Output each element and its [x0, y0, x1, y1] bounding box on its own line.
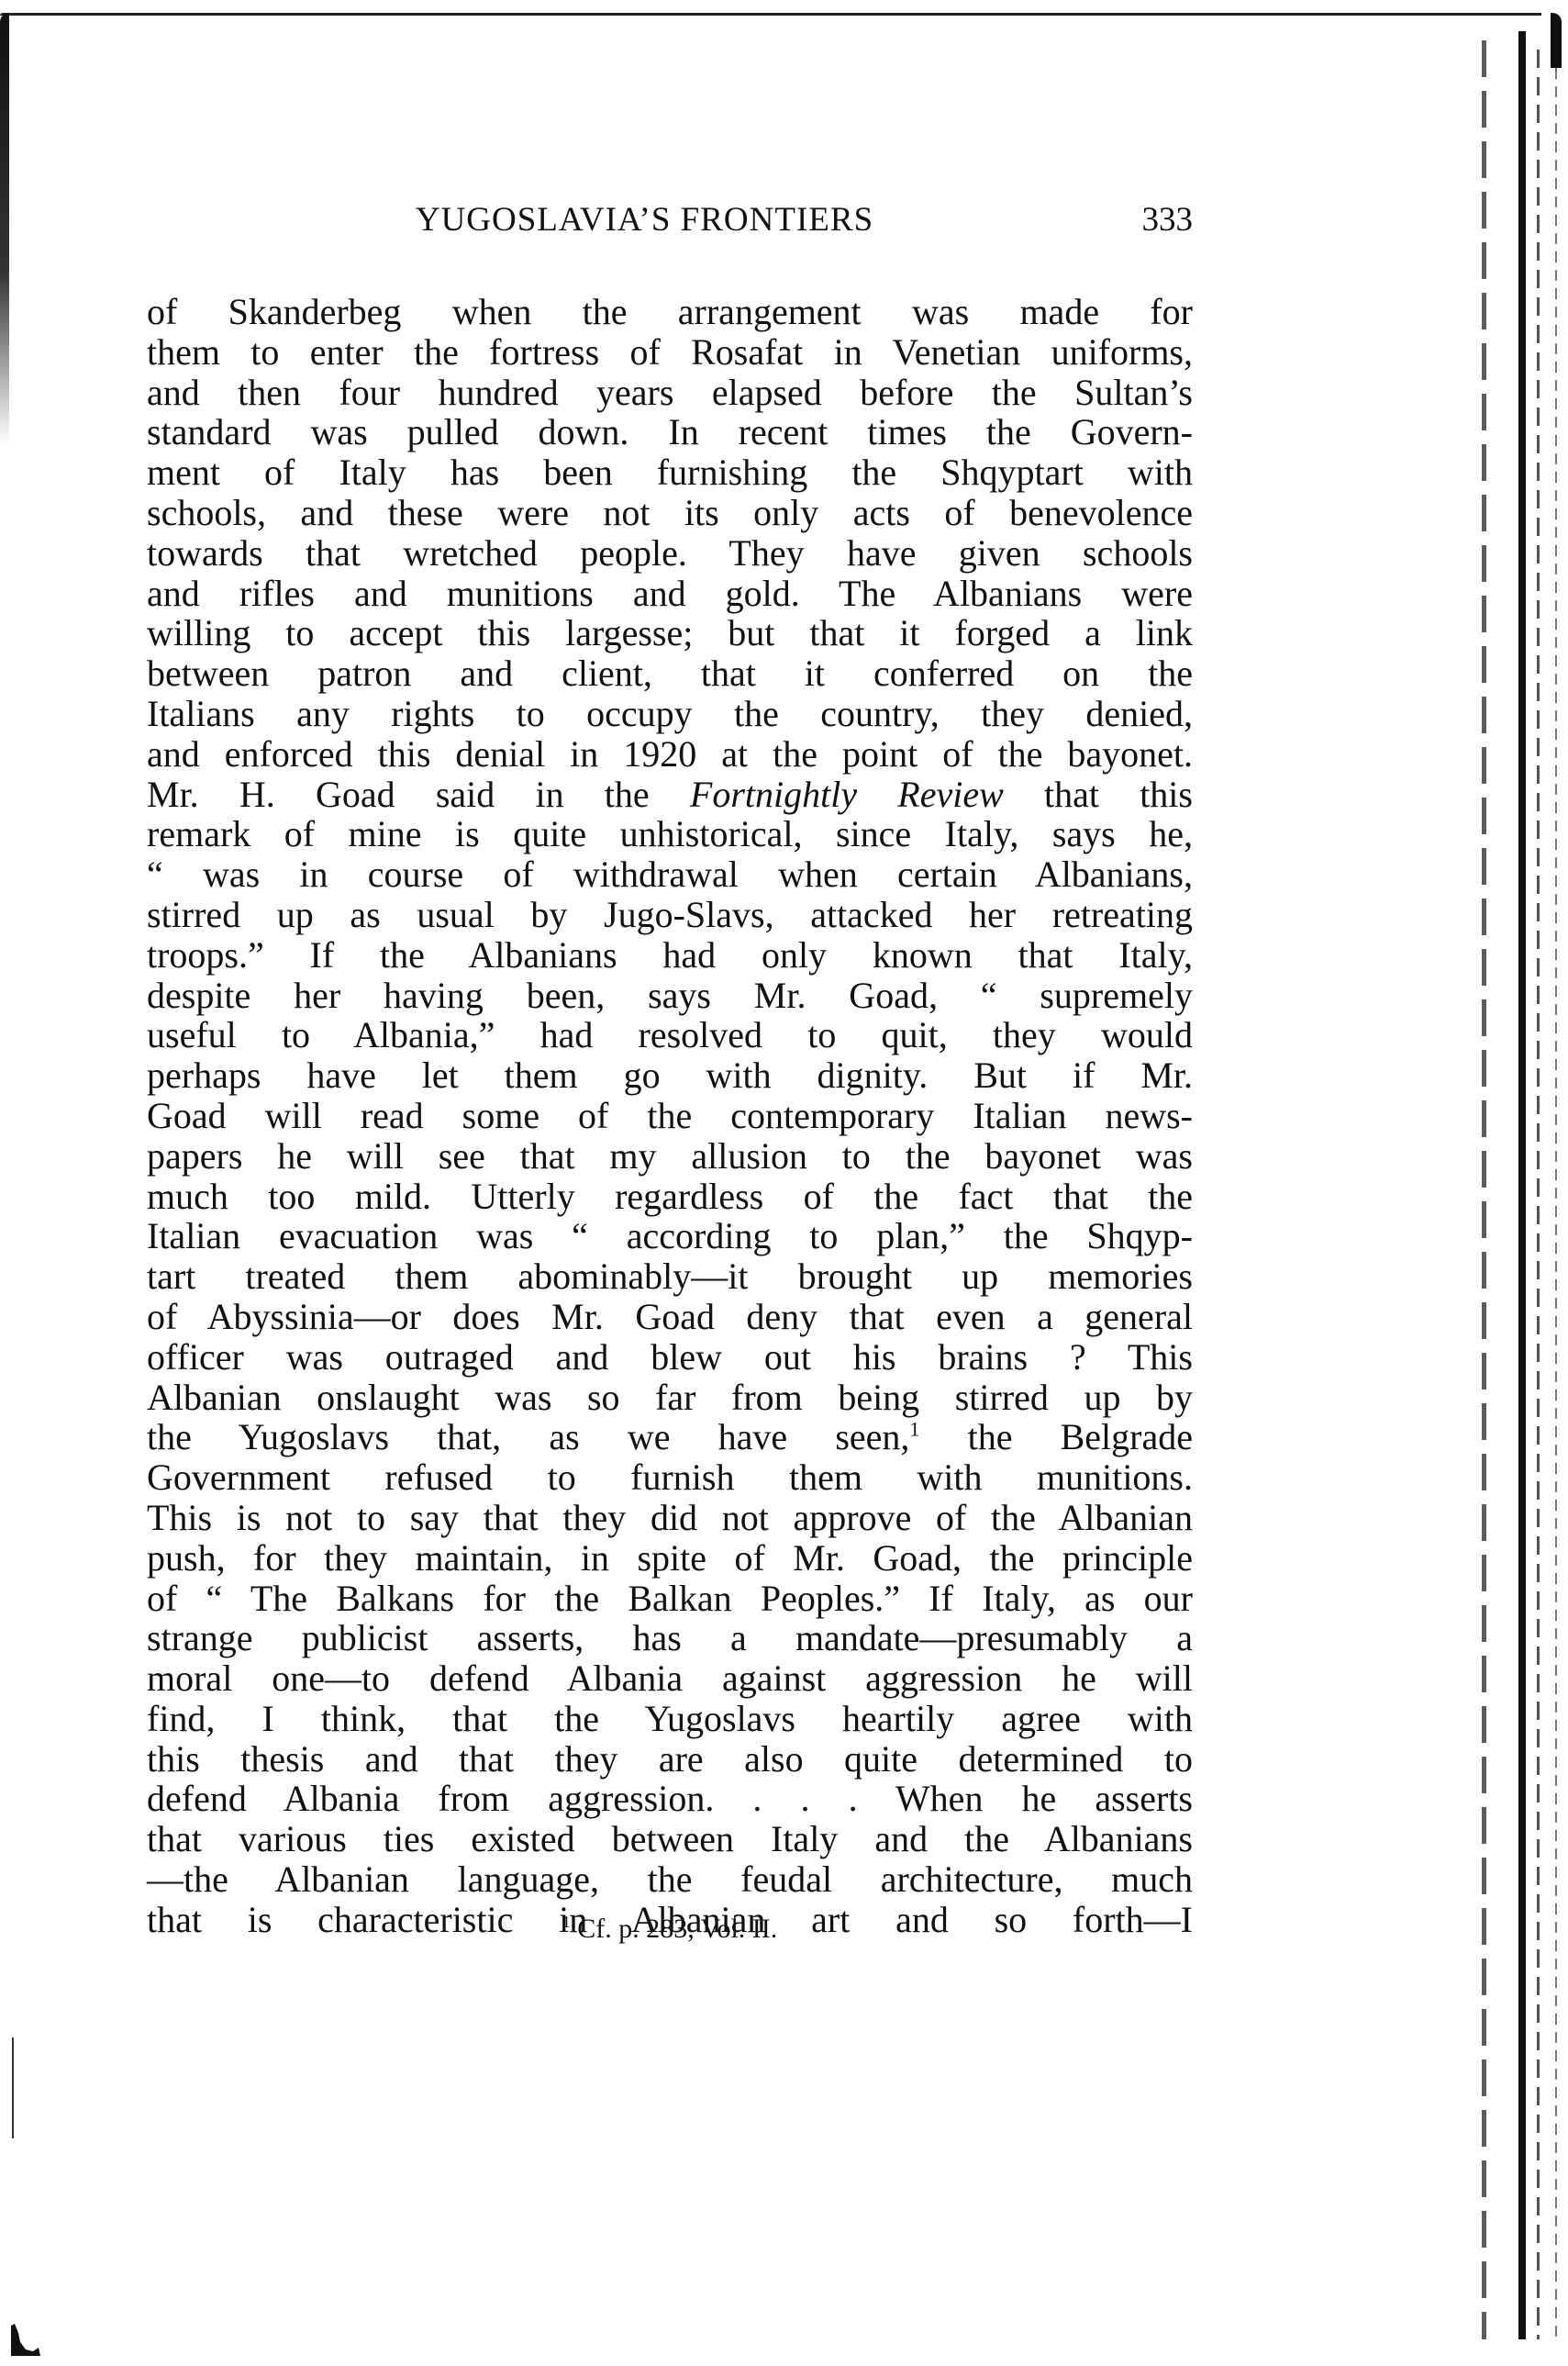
text-line: and rifles and munitions and gold. The A… — [147, 574, 1193, 614]
text-line: This is not to say that they did not app… — [147, 1498, 1193, 1538]
text-line: defend Albania from aggression. . . . Wh… — [147, 1779, 1193, 1819]
text-line: Mr. H. Goad said in the Fortnightly Revi… — [147, 775, 1193, 815]
text-line: ment of Italy has been furnishing the Sh… — [147, 452, 1193, 493]
text-line: papers he will see that my allusion to t… — [147, 1136, 1193, 1177]
text-line: Government refused to furnish them with … — [147, 1457, 1193, 1498]
text-line: useful to Albania,” had resolved to quit… — [147, 1015, 1193, 1055]
text-line: much too mild. Utterly regardless of the… — [147, 1177, 1193, 1217]
text-line: “ was in course of withdrawal when certa… — [147, 854, 1193, 895]
text-line: Italians any rights to occupy the countr… — [147, 694, 1193, 734]
text-line: Albanian onslaught was so far from being… — [147, 1378, 1193, 1418]
text-line: find, I think, that the Yugoslavs hearti… — [147, 1699, 1193, 1739]
footnote: 1 Cf. p. 283, Vol. II. — [147, 1914, 1193, 1945]
text-line: schools, and these were not its only act… — [147, 493, 1193, 533]
page-number: 333 — [1142, 200, 1194, 240]
text-segment: that this — [1004, 774, 1193, 815]
text-line: strange publicist asserts, has a mandate… — [147, 1618, 1193, 1658]
footnote-marker: 1 — [562, 1913, 571, 1931]
scan-border-top — [0, 13, 1541, 16]
text-segment: the Yugoslavs that, as we have seen, — [147, 1416, 909, 1457]
text-line: moral one—to defend Albania against aggr… — [147, 1658, 1193, 1699]
text-line: perhaps have let them go with dignity. B… — [147, 1055, 1193, 1096]
text-line: and then four hundred years elapsed befo… — [147, 373, 1193, 413]
text-line: troops.” If the Albanians had only known… — [147, 935, 1193, 976]
text-line: towards that wretched people. They have … — [147, 533, 1193, 574]
text-line: that various ties existed between Italy … — [147, 1819, 1193, 1859]
text-line: willing to accept this largesse; but tha… — [147, 613, 1193, 653]
text-line: Italian evacuation was “ according to pl… — [147, 1216, 1193, 1256]
scan-border-left — [0, 13, 9, 444]
text-line: tart treated them abominably—it brought … — [147, 1256, 1193, 1297]
body-text: of Skanderbeg when the arrangement was m… — [147, 292, 1193, 1940]
text-line: them to enter the fortress of Rosafat in… — [147, 332, 1193, 373]
text-line: the Yugoslavs that, as we have seen,1 th… — [147, 1417, 1193, 1457]
scan-artifact — [12, 2037, 14, 2138]
text-line: officer was outraged and blew out his br… — [147, 1337, 1193, 1378]
text-line: Goad will read some of the contemporary … — [147, 1096, 1193, 1136]
text-line: remark of mine is quite unhistorical, si… — [147, 814, 1193, 854]
text-segment: the Belgrade — [919, 1416, 1193, 1457]
text-line: and enforced this denial in 1920 at the … — [147, 734, 1193, 775]
text-segment: Mr. H. Goad said in the — [147, 774, 690, 815]
text-line: push, for they maintain, in spite of Mr.… — [147, 1538, 1193, 1579]
text-line: despite her having been, says Mr. Goad, … — [147, 976, 1193, 1016]
text-line: of Abyssinia—or does Mr. Goad deny that … — [147, 1297, 1193, 1337]
footnote-text: Cf. p. 283, Vol. II. — [571, 1914, 778, 1944]
scan-corner-mark — [11, 2324, 40, 2356]
text-line: this thesis and that they are also quite… — [147, 1739, 1193, 1780]
text-line: standard was pulled down. In recent time… — [147, 412, 1193, 452]
italic-title: Fortnightly Review — [690, 774, 1004, 815]
text-line: —the Albanian language, the feudal archi… — [147, 1859, 1193, 1900]
running-title: YUGOSLAVIA’S FRONTIERS — [147, 200, 1193, 240]
running-head: YUGOSLAVIA’S FRONTIERS 333 — [147, 200, 1193, 246]
text-line: between patron and client, that it confe… — [147, 653, 1193, 694]
book-page-edges — [1482, 13, 1568, 2339]
text-line: of Skanderbeg when the arrangement was m… — [147, 292, 1193, 332]
footnote-reference: 1 — [909, 1418, 919, 1441]
text-line: of “ The Balkans for the Balkan Peoples.… — [147, 1579, 1193, 1619]
text-line: stirred up as usual by Jugo-Slavs, attac… — [147, 895, 1193, 935]
